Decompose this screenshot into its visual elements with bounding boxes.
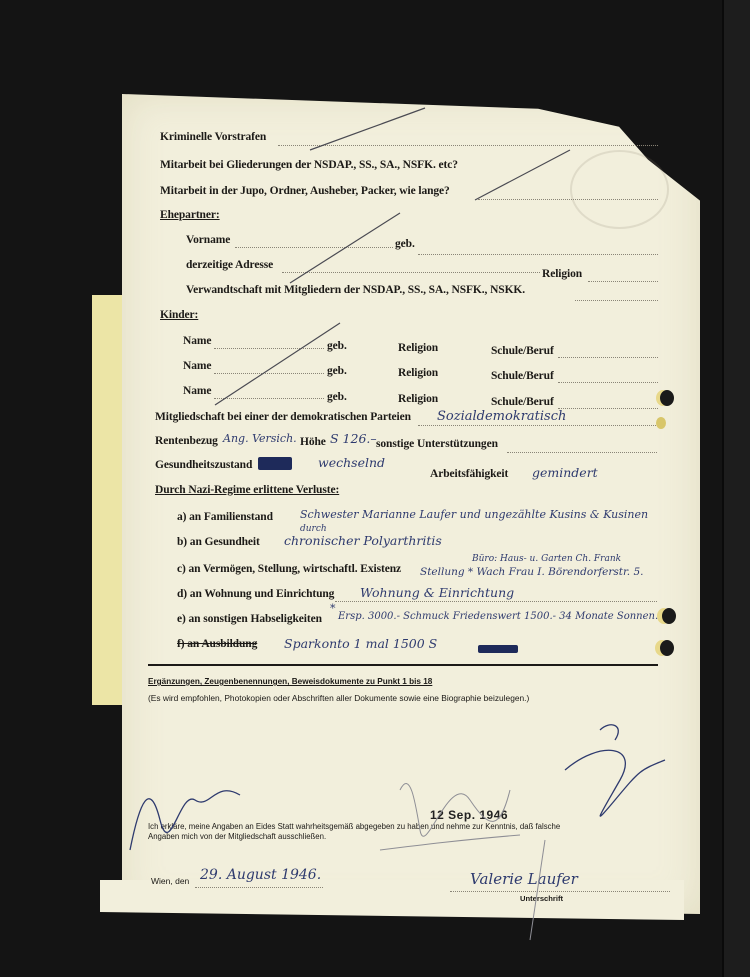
- label-ehepartner-religion: Religion: [542, 268, 582, 280]
- label-rentenbezug: Rentenbezug: [155, 435, 218, 447]
- heading-ergaenzungen: Ergänzungen, Zeugenbenennungen, Beweisdo…: [148, 677, 432, 686]
- punch-hole: [660, 390, 674, 406]
- value-arbeitsfaehigkeit: gemindert: [532, 465, 598, 480]
- label-verlust-ausbildung: f) an Ausbildung: [177, 638, 257, 650]
- field-sonstige-unterstuetzungen[interactable]: [507, 452, 657, 453]
- punch-hole: [656, 417, 666, 429]
- label-kind-schule: Schule/Beruf: [491, 396, 554, 408]
- field-kind-schule[interactable]: [558, 382, 658, 383]
- label-verlust-vermoegen: c) an Vermögen, Stellung, wirtschaftl. E…: [177, 563, 401, 575]
- value-verlust-vermoegen: Stellung * Wach Frau I. Börendorferstr. …: [420, 566, 644, 578]
- field-kind-name[interactable]: [214, 348, 324, 349]
- label-gesundheitszustand: Gesundheitszustand: [155, 459, 252, 471]
- label-ort-datum: Wien, den: [151, 876, 189, 886]
- field-mitgliedschaft[interactable]: [418, 425, 658, 426]
- value-hoehe: S 126.–: [330, 431, 377, 446]
- label-verlust-familienstand: a) an Familienstand: [177, 511, 273, 523]
- field-ehepartner-adresse[interactable]: [282, 272, 540, 273]
- faint-stamp-mark: [570, 150, 669, 229]
- note-ergaenzungen: (Es wird empfohlen, Photokopien oder Abs…: [148, 693, 529, 703]
- value-verlust-habseligkeiten: Ersp. 3000.- Schmuck Friedenswert 1500.-…: [338, 611, 665, 622]
- label-ehepartner-adresse: derzeitige Adresse: [186, 259, 273, 271]
- date-stamp: 12 Sep. 1946: [430, 808, 508, 822]
- punch-hole: [660, 640, 674, 656]
- value-verlust-wohnung: Wohnung & Einrichtung: [360, 585, 514, 600]
- field-kind-schule[interactable]: [558, 357, 658, 358]
- label-ehepartner-verwandtschaft: Verwandtschaft mit Mitgliedern der NSDAP…: [186, 284, 525, 296]
- label-verlust-habseligkeiten: e) an sonstigen Habseligkeiten: [177, 613, 322, 625]
- label-kind-geb: geb.: [327, 340, 347, 352]
- field-ehepartner-geb[interactable]: [418, 254, 658, 255]
- field-kind-name[interactable]: [214, 373, 324, 374]
- background-edge: [722, 0, 750, 977]
- label-hoehe: Höhe: [300, 436, 326, 448]
- heading-ehepartner: Ehepartner:: [160, 209, 220, 221]
- label-kind-geb: geb.: [327, 365, 347, 377]
- label-nsdap-mitarbeit: Mitarbeit bei Gliederungen der NSDAP., S…: [160, 159, 458, 171]
- marker-verlust-habseligkeiten: *: [330, 602, 336, 615]
- value-verlust-gesundheit: chronischer Polyarthritis: [284, 533, 442, 548]
- declaration-line-1: Ich erkläre, meine Angaben an Eides Stat…: [148, 822, 560, 831]
- label-arbeitsfaehigkeit: Arbeitsfähigkeit: [430, 468, 508, 480]
- label-ehepartner-vorname: Vorname: [186, 234, 230, 246]
- value-gesundheitszustand: wechselnd: [318, 455, 385, 470]
- field-verlust-wohnung[interactable]: [335, 601, 657, 602]
- declaration-line-2: Angaben mich von der Mitgliedschaft auss…: [148, 832, 326, 841]
- field-ort-datum[interactable]: [195, 887, 323, 888]
- heading-kinder: Kinder:: [160, 309, 198, 321]
- annotation-verlust-vermoegen: Büro: Haus- u. Garten Ch. Frank: [472, 554, 621, 564]
- field-kriminelle-vorstrafen[interactable]: [278, 145, 658, 146]
- label-kind-name: Name: [183, 360, 211, 372]
- signature-value: Valerie Laufer: [470, 870, 578, 888]
- label-kind-schule: Schule/Beruf: [491, 345, 554, 357]
- field-jupo-mitarbeit[interactable]: [478, 199, 658, 200]
- value-verlust-familienstand: Schwester Marianne Laufer und ungezählte…: [300, 508, 648, 521]
- section-divider: [148, 664, 658, 666]
- heading-verluste: Durch Nazi-Regime erlittene Verluste:: [155, 484, 339, 496]
- field-kind-name[interactable]: [214, 398, 324, 399]
- value-rentenbezug: Ang. Versich.: [223, 432, 297, 445]
- punch-hole: [662, 608, 676, 624]
- label-kind-religion: Religion: [398, 342, 438, 354]
- label-kind-schule: Schule/Beruf: [491, 370, 554, 382]
- redacted-ink-blot: [258, 457, 292, 470]
- label-unterschrift: Unterschrift: [520, 894, 563, 903]
- label-mitgliedschaft: Mitgliedschaft bei einer der demokratisc…: [155, 411, 411, 423]
- value-ort-datum: 29. August 1946.: [200, 867, 321, 883]
- label-kind-name: Name: [183, 335, 211, 347]
- label-verlust-gesundheit: b) an Gesundheit: [177, 536, 260, 548]
- label-ehepartner-geb: geb.: [395, 238, 415, 250]
- scribble-redaction: [478, 645, 518, 653]
- label-kind-name: Name: [183, 385, 211, 397]
- label-verlust-wohnung: d) an Wohnung und Einrichtung: [177, 588, 334, 600]
- label-kind-religion: Religion: [398, 393, 438, 405]
- form-sheet-bottom: [100, 880, 684, 920]
- field-ehepartner-vorname[interactable]: [235, 247, 393, 248]
- field-signature[interactable]: [450, 891, 670, 892]
- label-kind-religion: Religion: [398, 367, 438, 379]
- attached-yellow-paper: [92, 295, 125, 705]
- field-ehepartner-religion[interactable]: [588, 281, 658, 282]
- label-sonstige-unterstuetzungen: sonstige Unterstützungen: [376, 438, 498, 450]
- field-kind-schule[interactable]: [558, 408, 658, 409]
- value-mitgliedschaft: Sozialdemokratisch: [437, 409, 566, 424]
- label-jupo-mitarbeit: Mitarbeit in der Jupo, Ordner, Ausheber,…: [160, 185, 450, 197]
- value-verlust-ausbildung: Sparkonto 1 mal 1500 S: [284, 636, 437, 651]
- field-ehepartner-verwandtschaft[interactable]: [575, 300, 658, 301]
- label-kind-geb: geb.: [327, 391, 347, 403]
- label-kriminelle-vorstrafen: Kriminelle Vorstrafen: [160, 131, 266, 143]
